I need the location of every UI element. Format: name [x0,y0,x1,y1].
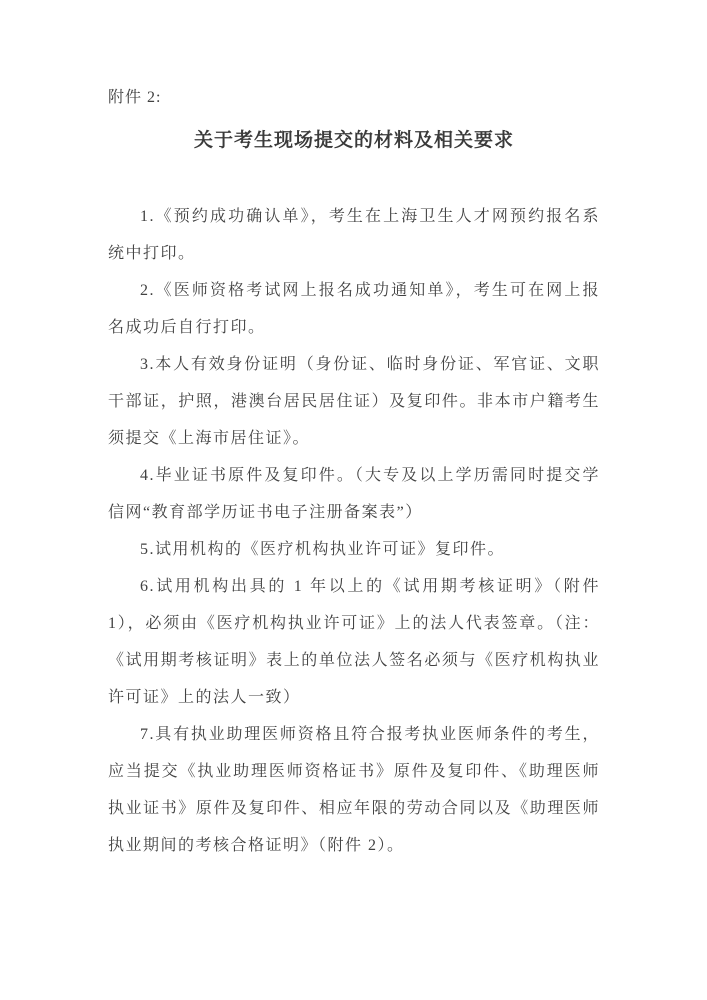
document-body: 1.《预约成功确认单》，考生在上海卫生人才网预约报名系统中打印。 2.《医师资格… [108,198,600,864]
body-paragraph: 1.《预约成功确认单》，考生在上海卫生人才网预约报名系统中打印。 [108,198,600,272]
body-paragraph: 7.具有执业助理医师资格且符合报考执业医师条件的考生，应当提交《执业助理医师资格… [108,716,600,864]
document-title: 关于考生现场提交的材料及相关要求 [108,128,600,154]
attachment-label: 附件 2: [108,88,600,108]
body-paragraph: 5.试用机构的《医疗机构执业许可证》复印件。 [108,531,600,568]
document-page: 附件 2: 关于考生现场提交的材料及相关要求 1.《预约成功确认单》，考生在上海… [0,0,707,1000]
body-paragraph: 2.《医师资格考试网上报名成功通知单》，考生可在网上报名成功后自行打印。 [108,272,600,346]
body-paragraph: 3.本人有效身份证明（身份证、临时身份证、军官证、文职干部证，护照，港澳台居民居… [108,346,600,457]
body-paragraph: 6.试用机构出具的 1 年以上的《试用期考核证明》（附件 1），必须由《医疗机构… [108,568,600,716]
document-content: 附件 2: 关于考生现场提交的材料及相关要求 1.《预约成功确认单》，考生在上海… [108,0,600,864]
body-paragraph: 4.毕业证书原件及复印件。（大专及以上学历需同时提交学信网“教育部学历证书电子注… [108,457,600,531]
